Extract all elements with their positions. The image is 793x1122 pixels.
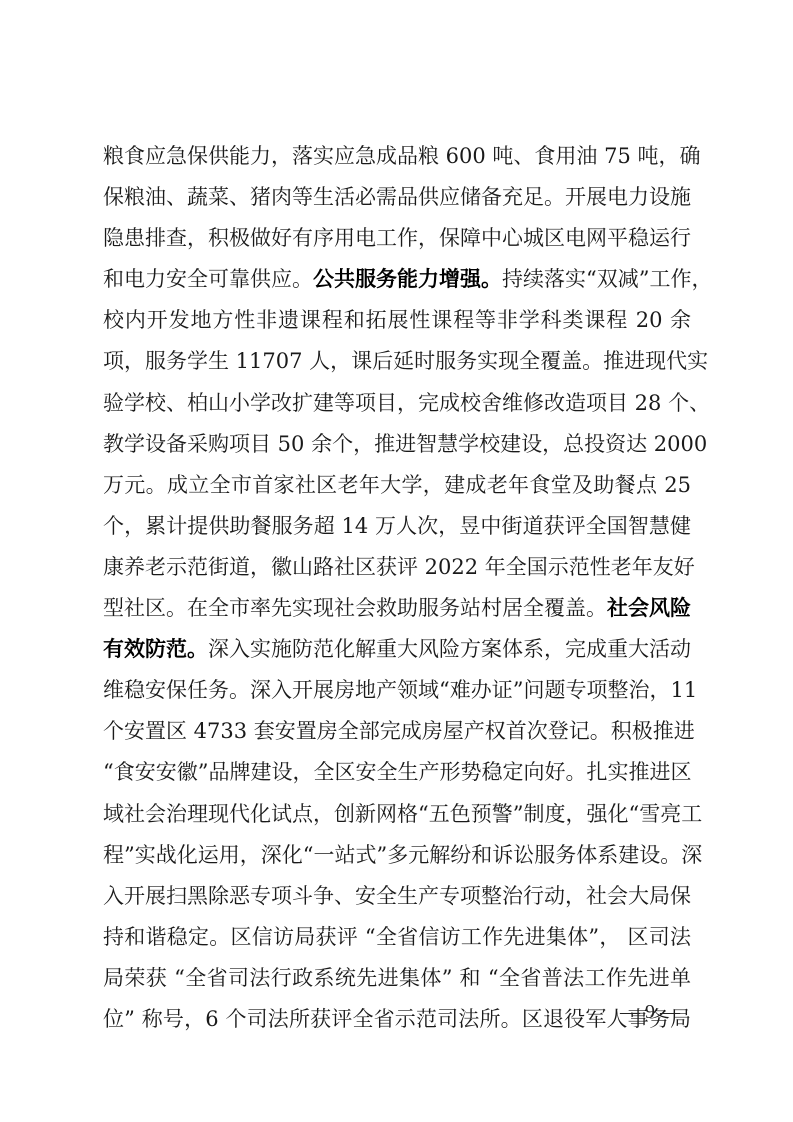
- text-line: 项，服务学生 11707 人，课后延时服务实现全覆盖。推进现代实: [103, 341, 691, 382]
- text-line: 和电力安全可靠供应。公共服务能力增强。持续落实“双减”工作，: [103, 259, 691, 300]
- text-line: “食安安徽”品牌建设，全区安全生产形势稳定向好。扎实推进区: [103, 752, 691, 793]
- text-line: 保粮油、蔬菜、猪肉等生活必需品供应储备充足。开展电力设施: [103, 177, 691, 218]
- text-run: “食安安徽”品牌建设，全区安全生产形势稳定向好。扎实推进区: [103, 760, 691, 784]
- text-run: 程”实战化运用，深化“一站式”多元解纷和诉讼服务体系建设。深: [103, 843, 702, 867]
- document-page: 粮食应急保供能力，落实应急成品粮 600 吨、食用油 75 吨，确保粮油、蔬菜、…: [0, 0, 793, 1122]
- text-run: 型社区。在全市率先实现社会救助服务站村居全覆盖。: [103, 596, 607, 620]
- text-run: 项，服务学生 11707 人，课后延时服务实现全覆盖。推进现代实: [103, 349, 708, 373]
- text-run: 持和谐稳定。区信访局获评 “全省信访工作先进集体”， 区司法: [103, 925, 691, 949]
- text-run: 深入实施防范化解重大风险方案体系，完成重大活动: [208, 637, 691, 661]
- text-line: 型社区。在全市率先实现社会救助服务站村居全覆盖。社会风险: [103, 588, 691, 629]
- text-line: 验学校、柏山小学改扩建等项目，完成校舍维修改造项目 28 个、: [103, 383, 691, 424]
- body-paragraph: 粮食应急保供能力，落实应急成品粮 600 吨、食用油 75 吨，确保粮油、蔬菜、…: [103, 136, 691, 1040]
- section-heading: 社会风险: [607, 596, 691, 620]
- text-run: 教学设备采购项目 50 余个，推进智慧学校建设，总投资达 2000: [103, 432, 707, 456]
- text-run: 域社会治理现代化试点，创新网格“五色预警”制度，强化“雪亮工: [103, 802, 702, 826]
- section-heading: 公共服务能力增强。: [313, 267, 502, 291]
- text-line: 隐患排查，积极做好有序用电工作，保障中心城区电网平稳运行: [103, 218, 691, 259]
- text-line: 个，累计提供助餐服务超 14 万人次，昱中街道获评全国智慧健: [103, 506, 691, 547]
- text-run: 隐患排查，积极做好有序用电工作，保障中心城区电网平稳运行: [103, 226, 691, 250]
- text-run: 保粮油、蔬菜、猪肉等生活必需品供应储备充足。开展电力设施: [103, 185, 691, 209]
- text-line: 有效防范。深入实施防范化解重大风险方案体系，完成重大活动: [103, 629, 691, 670]
- text-line: 个安置区 4733 套安置房全部完成房屋产权首次登记。积极推进: [103, 711, 691, 752]
- text-run: 局荣获 “全省司法行政系统先进集体” 和 “全省普法工作先进单: [103, 966, 691, 990]
- page-number: — 9 —: [580, 998, 720, 1026]
- text-line: 程”实战化运用，深化“一站式”多元解纷和诉讼服务体系建设。深: [103, 835, 691, 876]
- text-run: 个安置区 4733 套安置房全部完成房屋产权首次登记。积极推进: [103, 719, 695, 743]
- text-line: 局荣获 “全省司法行政系统先进集体” 和 “全省普法工作先进单: [103, 958, 691, 999]
- text-run: 和电力安全可靠供应。: [103, 267, 313, 291]
- text-line: 万元。成立全市首家社区老年大学，建成老年食堂及助餐点 25: [103, 465, 691, 506]
- text-line: 教学设备采购项目 50 余个，推进智慧学校建设，总投资达 2000: [103, 424, 691, 465]
- text-line: 入开展扫黑除恶专项斗争、安全生产专项整治行动，社会大局保: [103, 876, 691, 917]
- text-run: 持续落实“双减”工作，: [502, 267, 712, 291]
- text-line: 持和谐稳定。区信访局获评 “全省信访工作先进集体”， 区司法: [103, 917, 691, 958]
- text-line: 校内开发地方性非遗课程和拓展性课程等非学科类课程 20 余: [103, 300, 691, 341]
- section-heading: 有效防范。: [103, 637, 208, 661]
- text-run: 个，累计提供助餐服务超 14 万人次，昱中街道获评全国智慧健: [103, 514, 691, 538]
- text-run: 维稳安保任务。深入开展房地产领域“难办证”问题专项整治，11: [103, 678, 697, 702]
- text-line: 粮食应急保供能力，落实应急成品粮 600 吨、食用油 75 吨，确: [103, 136, 691, 177]
- text-run: 万元。成立全市首家社区老年大学，建成老年食堂及助餐点 25: [103, 473, 691, 497]
- text-line: 维稳安保任务。深入开展房地产领域“难办证”问题专项整治，11: [103, 670, 691, 711]
- text-line: 康养老示范街道，徽山路社区获评 2022 年全国示范性老年友好: [103, 547, 691, 588]
- text-run: 验学校、柏山小学改扩建等项目，完成校舍维修改造项目 28 个、: [103, 391, 710, 415]
- text-run: 康养老示范街道，徽山路社区获评 2022 年全国示范性老年友好: [103, 555, 695, 579]
- text-run: 入开展扫黑除恶专项斗争、安全生产专项整治行动，社会大局保: [103, 884, 691, 908]
- text-line: 域社会治理现代化试点，创新网格“五色预警”制度，强化“雪亮工: [103, 794, 691, 835]
- text-run: 校内开发地方性非遗课程和拓展性课程等非学科类课程 20 余: [103, 308, 691, 332]
- text-run: 粮食应急保供能力，落实应急成品粮 600 吨、食用油 75 吨，确: [103, 144, 701, 168]
